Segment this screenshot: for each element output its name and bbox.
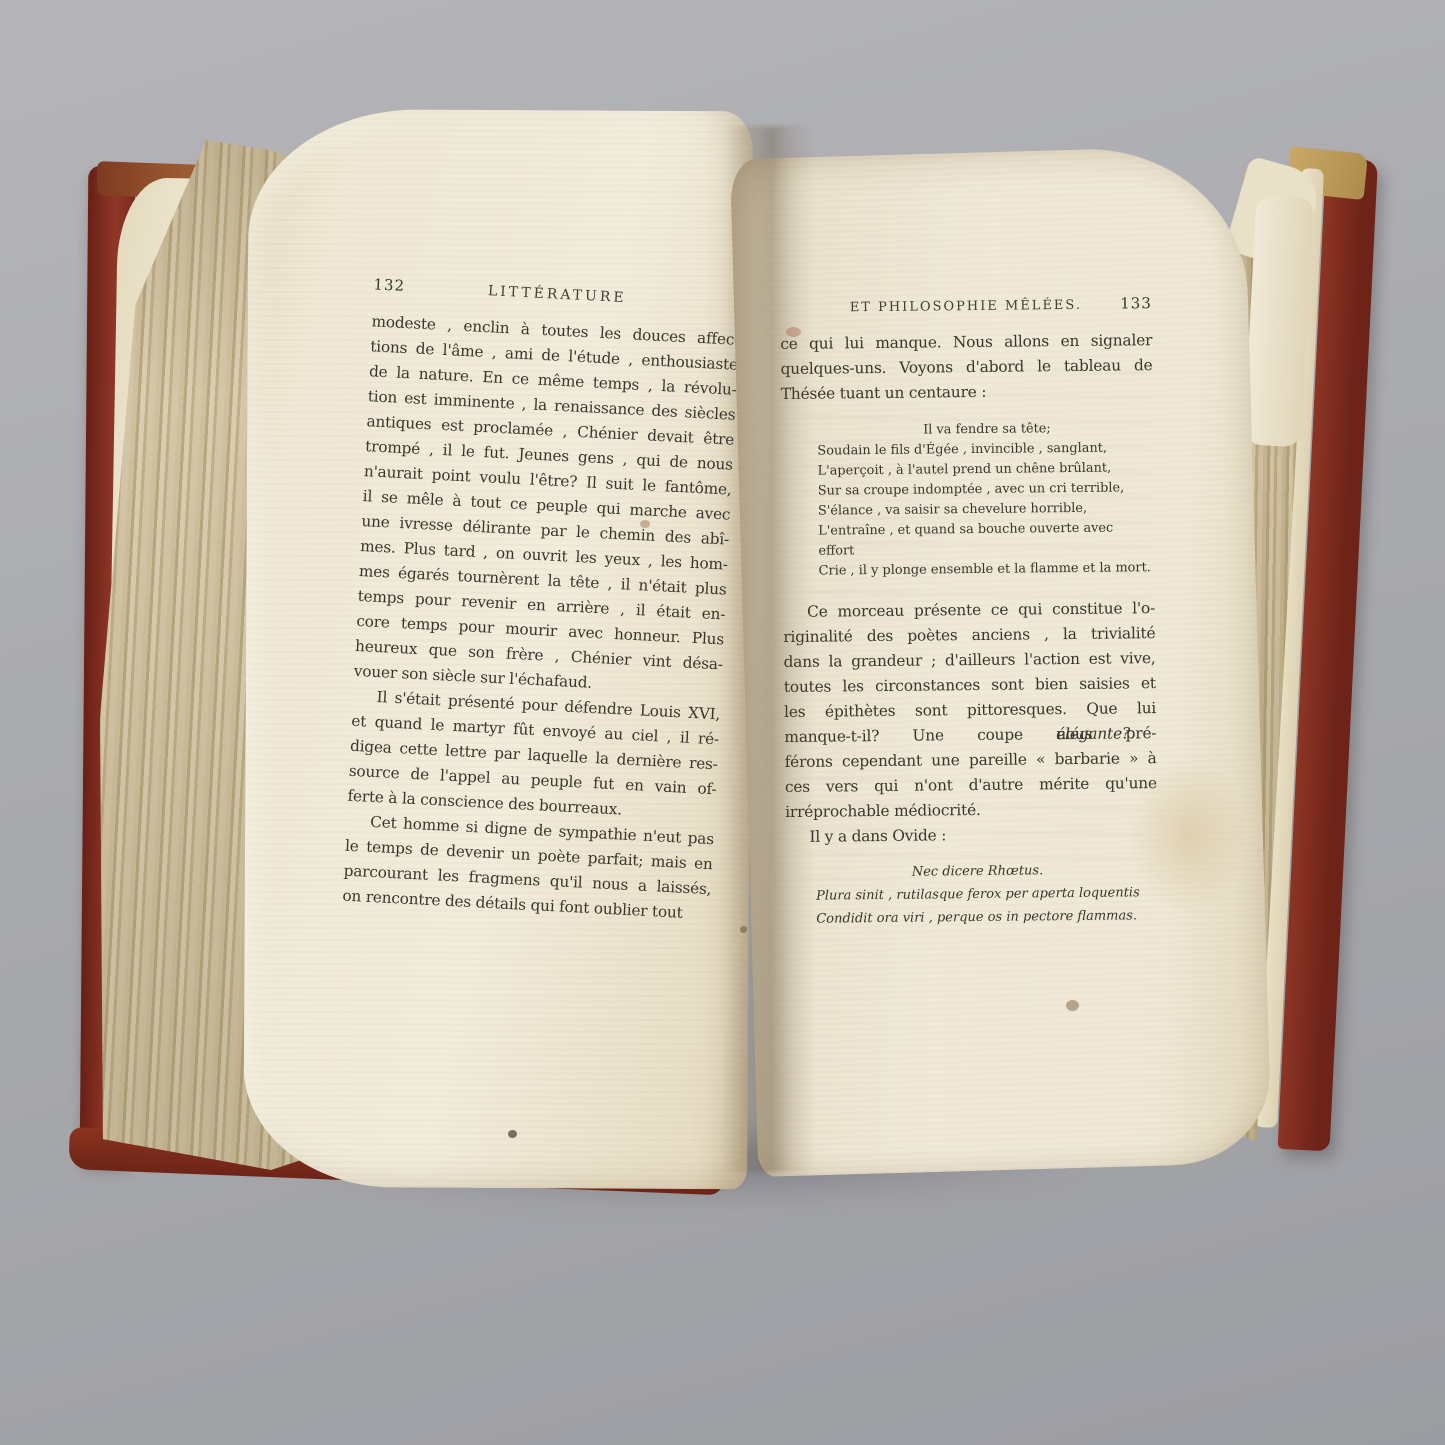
stain-spot [740,926,747,933]
page-number-left: 132 [373,275,438,296]
text-block-para: Il s'était présenté pour défendre Louis … [347,684,721,827]
text-line: les épithètes sont pittoresques. Que lui [784,696,1156,725]
running-title-right: ET PHILOSOPHIE MÊLÉES. [844,298,1088,316]
running-title-left: LITTÉRATURE [437,281,678,309]
text-line: toutes les circonstances sont bien saisi… [784,671,1156,700]
page-header-right: ET PHILOSOPHIE MÊLÉES. 133 [780,294,1152,316]
gutter-shadow [722,126,814,1172]
text-line: ce qui lui manque. Nous allons en signal… [780,328,1152,357]
stain-patch [1128,756,1248,916]
stain-spot [1066,1000,1079,1011]
ink-bleedthrough-patch [800,368,1150,618]
text-line: Condidit ora viri , perque os in pectore… [816,904,1164,931]
page-left: 132 LITTÉRATURE modeste , enclin à toute… [243,109,753,1190]
ink-bleedthrough-patch [800,760,1140,880]
photo-background: 132 LITTÉRATURE modeste , enclin à toute… [0,0,1445,1445]
text-block-para: Cet homme si digne de sympathie n'eut pa… [342,809,715,927]
text-line: riginalité des poètes anciens , la trivi… [783,621,1155,650]
text-line: manque-t-il? Une coupe élégante? nous pr… [784,721,1156,750]
page-header-left: 132 LITTÉRATURE [373,275,741,312]
page-number-right: 133 [1088,294,1152,313]
body-text-left: modeste , enclin à toutes les douces aff… [342,309,740,927]
text-line: dans la grandeur ; d'ailleurs l'action e… [783,646,1155,675]
stain-spot [640,520,650,528]
page-left-content: 132 LITTÉRATURE modeste , enclin à toute… [342,275,742,927]
text-block-para: modeste , enclin à toutes les douces aff… [353,309,740,702]
stain-spot [786,327,801,337]
stain-spot [508,1130,517,1138]
